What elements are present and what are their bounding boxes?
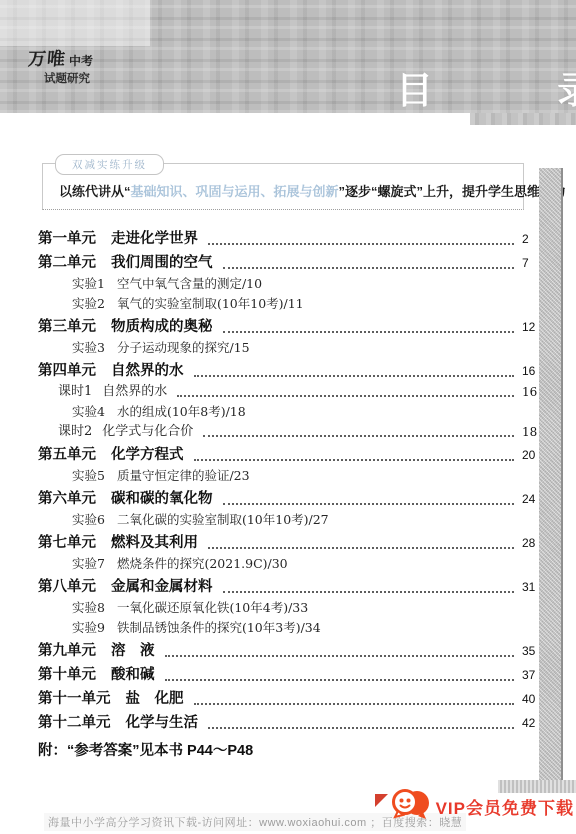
- toc-entry-page: 37: [522, 666, 540, 684]
- dotted-leader: [223, 503, 515, 505]
- dotted-leader: [194, 459, 515, 461]
- dotted-leader: [194, 375, 515, 377]
- toc-row-exp: 实验9铁制品锈蚀条件的探究(10年3考)/34: [38, 620, 540, 636]
- toc-entry-title: 物质构成的奥秘: [111, 318, 213, 336]
- logo-exam-text: 中考: [69, 55, 93, 68]
- toc-entry-title: 溶 液: [111, 642, 155, 660]
- feature-box: 双减实练升级 以练代讲从“基础知识、巩固与运用、拓展与创新”逐步“螺旋式”上升，…: [42, 163, 524, 210]
- toc-entry-title: 一氧化碳还原氧化铁(10年4考)/33: [117, 600, 308, 616]
- feature-text-suffix: ”逐步“螺旋式”上升，提升学生思维能力: [339, 184, 567, 199]
- toc-row-unit: 第八单元金属和金属材料31: [38, 578, 540, 596]
- toc-entry-label: 实验6: [72, 512, 105, 528]
- toc-entry-page: 35: [522, 642, 540, 660]
- toc-page: 万唯 中考 试题研究 目 录 双减实练升级 以练代讲从“基础知识、巩固与运用、拓…: [0, 0, 576, 834]
- toc-entry-page: 20: [522, 446, 540, 464]
- toc-row-exp: 实验4水的组成(10年8考)/18: [38, 404, 540, 420]
- toc-entry-title: 金属和金属材料: [111, 578, 213, 596]
- toc-entry-page: 18: [522, 424, 540, 440]
- feature-text-prefix: 以练代讲从“: [59, 184, 131, 199]
- toc-entry-title: 二氧化碳的实验室制取(10年10考)/27: [117, 512, 329, 528]
- toc-entry-label: 第十单元: [38, 666, 96, 684]
- logo-brand-text: 万唯: [27, 50, 67, 70]
- vip-badge-label: VIP会员免费下载: [436, 794, 574, 819]
- vip-download-badge[interactable]: VIP会员免费下载: [375, 786, 574, 827]
- toc-entry-title: 走进化学世界: [111, 230, 198, 248]
- toc-row-exp: 实验1空气中氧气含量的测定/10: [38, 276, 540, 292]
- toc-entry-page: 28: [522, 534, 540, 552]
- toc-entry-page: 2: [522, 230, 540, 248]
- dotted-leader: [223, 267, 515, 269]
- toc-entry-title: 化学式与化合价: [102, 424, 193, 440]
- toc-entry-title: 氧气的实验室制取(10年10考)/11: [117, 296, 304, 312]
- toc-entry-label: 第二单元: [38, 254, 96, 272]
- toc-entry-title: 碳和碳的氧化物: [111, 490, 213, 508]
- toc-row-unit: 第四单元自然界的水16: [38, 362, 540, 380]
- feature-box-tab-label: 双减实练升级: [55, 154, 164, 175]
- toc-entry-page: 7: [522, 254, 540, 272]
- toc-entry-label: 第一单元: [38, 230, 96, 248]
- toc-entry-page: 31: [522, 578, 540, 596]
- toc-row-lesson: 课时2化学式与化合价18: [38, 424, 540, 440]
- toc-entry-title: 空气中氧气含量的测定/10: [117, 276, 262, 292]
- toc-entry-label: 实验3: [72, 340, 105, 356]
- toc-entry-title: 化学方程式: [111, 446, 184, 464]
- toc-entry-label: 实验8: [72, 600, 105, 616]
- toc-entry-label: 实验7: [72, 556, 105, 572]
- toc-row-unit: 第五单元化学方程式20: [38, 446, 540, 464]
- dotted-leader: [208, 243, 514, 245]
- toc-row-unit: 第三单元物质构成的奥秘12: [38, 318, 540, 336]
- toc-row-exp: 实验8一氧化碳还原氧化铁(10年4考)/33: [38, 600, 540, 616]
- dotted-leader: [194, 703, 515, 705]
- ribbon-fold-icon: [375, 794, 388, 807]
- toc-entry-label: 第四单元: [38, 362, 96, 380]
- page-title: 目 录: [396, 60, 576, 114]
- scan-edge-strip: [539, 168, 563, 782]
- toc-entry-label: 第九单元: [38, 642, 96, 660]
- toc-entry-label: 实验1: [72, 276, 105, 292]
- toc-entry-title: 铁制品锈蚀条件的探究(10年3考)/34: [117, 620, 321, 636]
- banner-edge-extension: [470, 113, 576, 125]
- toc-entry-title: 酸和碱: [111, 666, 155, 684]
- banner-light-patch: [0, 0, 150, 46]
- toc-entry-label: 课时2: [58, 424, 92, 440]
- toc-entry-title: 化学与生活: [126, 714, 199, 732]
- toc-entry-label: 第八单元: [38, 578, 96, 596]
- dotted-leader: [177, 395, 514, 397]
- logo-series-text: 试题研究: [44, 73, 93, 86]
- toc-entry-label: 第十二单元: [38, 714, 111, 732]
- toc-entry-title: 盐 化肥: [126, 690, 184, 708]
- dotted-leader: [203, 435, 514, 437]
- dotted-leader: [223, 591, 515, 593]
- toc-entry-label: 第十一单元: [38, 690, 111, 708]
- toc-row-exp: 实验3分子运动现象的探究/15: [38, 340, 540, 356]
- toc-entry-page: 12: [522, 318, 540, 336]
- toc-entry-page: 40: [522, 690, 540, 708]
- toc-entry-page: 16: [522, 384, 540, 400]
- toc-entry-title: 分子运动现象的探究/15: [117, 340, 250, 356]
- toc-entry-title: 水的组成(10年8考)/18: [117, 404, 246, 420]
- toc-row-exp: 实验2氧气的实验室制取(10年10考)/11: [38, 296, 540, 312]
- toc-row-unit: 第十二单元化学与生活42: [38, 714, 540, 732]
- toc-entry-title: 自然界的水: [102, 384, 167, 400]
- toc-entry-page: 16: [522, 362, 540, 380]
- toc-entry-title: 我们周围的空气: [111, 254, 213, 272]
- appendix-note: 附：“参考答案”见本书 P44～P48: [38, 742, 540, 760]
- toc-entry-title: 自然界的水: [111, 362, 184, 380]
- header-banner: 万唯 中考 试题研究 目 录: [0, 0, 576, 113]
- dotted-leader: [165, 679, 515, 681]
- dotted-leader: [165, 655, 515, 657]
- toc-entry-label: 实验2: [72, 296, 105, 312]
- toc-row-unit: 第十一单元盐 化肥40: [38, 690, 540, 708]
- dotted-leader: [208, 727, 514, 729]
- toc-entry-label: 第五单元: [38, 446, 96, 464]
- toc-entry-label: 第六单元: [38, 490, 96, 508]
- toc-entry-title: 燃烧条件的探究(2021.9C)/30: [117, 556, 288, 572]
- toc-row-exp: 实验7燃烧条件的探究(2021.9C)/30: [38, 556, 540, 572]
- toc-row-exp: 实验6二氧化碳的实验室制取(10年10考)/27: [38, 512, 540, 528]
- toc-row-unit: 第一单元走进化学世界2: [38, 230, 540, 248]
- toc-entry-label: 实验9: [72, 620, 105, 636]
- toc-row-exp: 实验5质量守恒定律的验证/23: [38, 468, 540, 484]
- dotted-leader: [223, 331, 515, 333]
- toc-row-unit: 第二单元我们周围的空气7: [38, 254, 540, 272]
- toc-entry-page: 24: [522, 490, 540, 508]
- toc-row-unit: 第七单元燃料及其利用28: [38, 534, 540, 552]
- toc-entry-label: 第三单元: [38, 318, 96, 336]
- toc-row-unit: 第十单元酸和碱37: [38, 666, 540, 684]
- feature-text-highlight: 基础知识、巩固与运用、拓展与创新: [131, 184, 339, 199]
- toc-entry-label: 第七单元: [38, 534, 96, 552]
- chat-bubble-icon: [390, 786, 432, 827]
- toc-entry-label: 实验5: [72, 468, 105, 484]
- toc-entry-title: 燃料及其利用: [111, 534, 198, 552]
- toc-row-unit: 第九单元溶 液35: [38, 642, 540, 660]
- toc-row-lesson: 课时1自然界的水16: [38, 384, 540, 400]
- toc-row-unit: 第六单元碳和碳的氧化物24: [38, 490, 540, 508]
- toc-list: 第一单元走进化学世界2第二单元我们周围的空气7实验1空气中氧气含量的测定/10实…: [38, 230, 540, 760]
- dotted-leader: [208, 547, 514, 549]
- publisher-logo: 万唯 中考 试题研究: [28, 50, 93, 85]
- toc-entry-label: 实验4: [72, 404, 105, 420]
- toc-entry-label: 课时1: [58, 384, 92, 400]
- toc-entry-page: 42: [522, 714, 540, 732]
- toc-entry-title: 质量守恒定律的验证/23: [117, 468, 250, 484]
